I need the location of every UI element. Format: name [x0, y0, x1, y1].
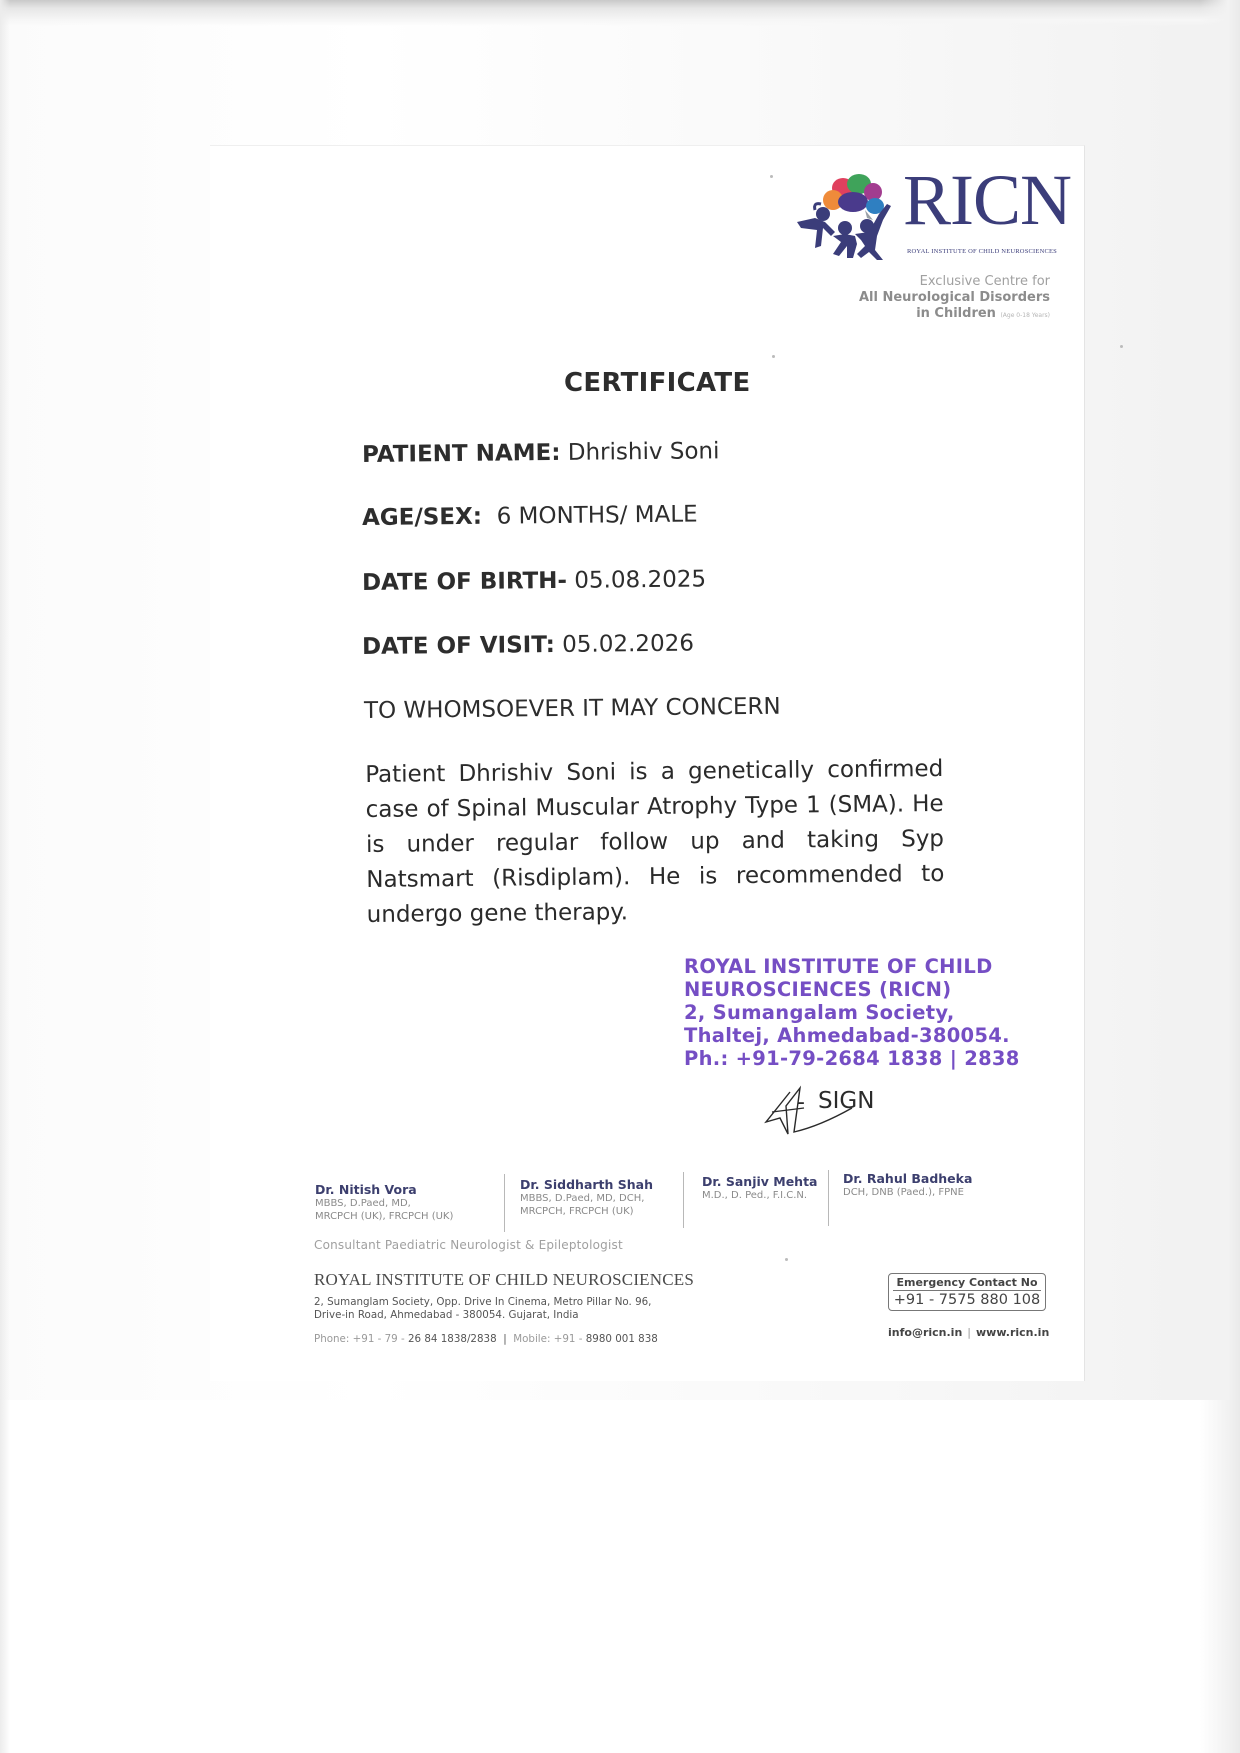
certificate-body: Patient Dhrishiv Soni is a genetically c…	[365, 752, 945, 933]
field-label: DATE OF BIRTH-	[362, 568, 567, 596]
age-sex-field: AGE/SEX: 6 MONTHS/ MALE	[362, 501, 698, 531]
logo-subtitle: ROYAL INSTITUTE OF CHILD NEUROSCIENCES	[907, 248, 1057, 255]
doctor-name: Dr. Sanjiv Mehta	[702, 1174, 818, 1189]
stamp-line: NEUROSCIENCES (RICN)	[684, 978, 1020, 1001]
tagline-line3: in Children (Age 0-18 Years)	[859, 306, 1050, 324]
doctor-qualification: MBBS, D.Paed, MD,	[315, 1197, 453, 1210]
certificate-title: CERTIFICATE	[564, 368, 751, 398]
date-of-birth-field: DATE OF BIRTH- 05.08.2025	[362, 566, 706, 596]
doctor-qualification: MRCPCH, FRCPCH (UK)	[520, 1205, 653, 1218]
field-value: 05.02.2026	[555, 631, 694, 658]
doctor-name: Dr. Rahul Badheka	[843, 1171, 972, 1186]
separator: |	[962, 1326, 976, 1339]
footer-contact-links: info@ricn.in|www.ricn.in	[888, 1326, 1049, 1339]
doctor-rahul-badheka: Dr. Rahul Badheka DCH, DNB (Paed.), FPNE	[843, 1171, 972, 1199]
stamp-line: Ph.: +91-79-2684 1838 | 2838	[684, 1047, 1020, 1070]
field-label: PATIENT NAME:	[362, 440, 561, 468]
tagline-line1: Exclusive Centre for	[859, 274, 1050, 290]
emergency-label: Emergency Contact No	[893, 1274, 1041, 1291]
institute-stamp: ROYAL INSTITUTE OF CHILD NEUROSCIENCES (…	[684, 955, 1020, 1070]
footer-org-name: ROYAL INSTITUTE OF CHILD NEUROSCIENCES	[314, 1270, 694, 1290]
scan-shadow-top	[0, 0, 1240, 26]
phone-label: Phone: +91 - 79 -	[314, 1333, 408, 1345]
phone-value: 26 84 1838/2838	[408, 1333, 497, 1345]
emergency-number: +91 - 7575 880 108	[889, 1291, 1045, 1310]
salutation: TO WHOMSOEVER IT MAY CONCERN	[364, 694, 781, 724]
field-label: DATE OF VISIT:	[362, 632, 555, 660]
separator: |	[500, 1333, 510, 1345]
stamp-line: Thaltej, Ahmedabad-380054.	[684, 1024, 1020, 1047]
doctor-qualification: DCH, DNB (Paed.), FPNE	[843, 1186, 972, 1199]
footer-phone: Phone: +91 - 79 - 26 84 1838/2838 | Mobi…	[314, 1333, 658, 1345]
sign-dash: -	[797, 1090, 805, 1115]
consultant-title: Consultant Paediatric Neurologist & Epil…	[314, 1238, 623, 1252]
address-line: 2, Sumanglam Society, Opp. Drive In Cine…	[314, 1296, 651, 1309]
tagline-line2: All Neurological Disorders	[859, 290, 1050, 306]
letterhead-tagline: Exclusive Centre for All Neurological Di…	[859, 274, 1050, 324]
tagline-age: (Age 0-18 Years)	[1000, 312, 1050, 319]
doctor-name: Dr. Siddharth Shah	[520, 1177, 653, 1192]
divider	[828, 1170, 829, 1226]
doctor-nitish-vora: Dr. Nitish Vora MBBS, D.Paed, MD, MRCPCH…	[315, 1182, 453, 1223]
ricn-logo: RICN ROYAL INSTITUTE OF CHILD NEUROSCIEN…	[795, 170, 1055, 255]
mobile-value: 8980 001 838	[586, 1333, 658, 1345]
emergency-contact-box: Emergency Contact No +91 - 7575 880 108	[888, 1273, 1046, 1311]
divider	[683, 1172, 684, 1228]
doctor-qualification: MRCPCH (UK), FRCPCH (UK)	[315, 1210, 453, 1223]
logo-wordmark: RICN	[903, 164, 1071, 236]
scan-speck	[770, 175, 773, 178]
sign-label: SIGN	[818, 1088, 874, 1114]
scan-speck	[1120, 345, 1123, 348]
date-of-visit-field: DATE OF VISIT: 05.02.2026	[362, 631, 694, 660]
address-line: Drive-in Road, Ahmedabad - 380054. Gujar…	[314, 1309, 651, 1322]
doctor-qualification: M.D., D. Ped., F.I.C.N.	[702, 1189, 818, 1202]
website-link[interactable]: www.ricn.in	[976, 1326, 1049, 1339]
field-value: 6 MONTHS/ MALE	[482, 501, 698, 529]
doctor-qualification: MBBS, D.Paed, MD, DCH,	[520, 1192, 653, 1205]
field-value: 05.08.2025	[567, 566, 706, 593]
footer-address: 2, Sumanglam Society, Opp. Drive In Cine…	[314, 1296, 651, 1322]
tagline-children: in Children	[916, 306, 996, 321]
scan-speck	[772, 355, 775, 358]
scan-shadow-left	[0, 0, 10, 1753]
mobile-label: Mobile: +91 -	[513, 1333, 586, 1345]
divider	[504, 1174, 505, 1232]
field-value: Dhrishiv Soni	[560, 438, 719, 466]
field-label: AGE/SEX:	[362, 504, 482, 531]
doctor-sanjiv-mehta: Dr. Sanjiv Mehta M.D., D. Ped., F.I.C.N.	[702, 1174, 818, 1202]
doctor-name: Dr. Nitish Vora	[315, 1182, 453, 1197]
doctor-siddharth-shah: Dr. Siddharth Shah MBBS, D.Paed, MD, DCH…	[520, 1177, 653, 1218]
patient-name-field: PATIENT NAME: Dhrishiv Soni	[362, 438, 720, 468]
stamp-line: 2, Sumangalam Society,	[684, 1001, 1020, 1024]
scan-speck	[785, 1258, 788, 1261]
stamp-line: ROYAL INSTITUTE OF CHILD	[684, 955, 1020, 978]
scan-shadow-right	[1200, 0, 1240, 1753]
brain-children-icon	[795, 170, 905, 260]
email-link[interactable]: info@ricn.in	[888, 1326, 962, 1339]
